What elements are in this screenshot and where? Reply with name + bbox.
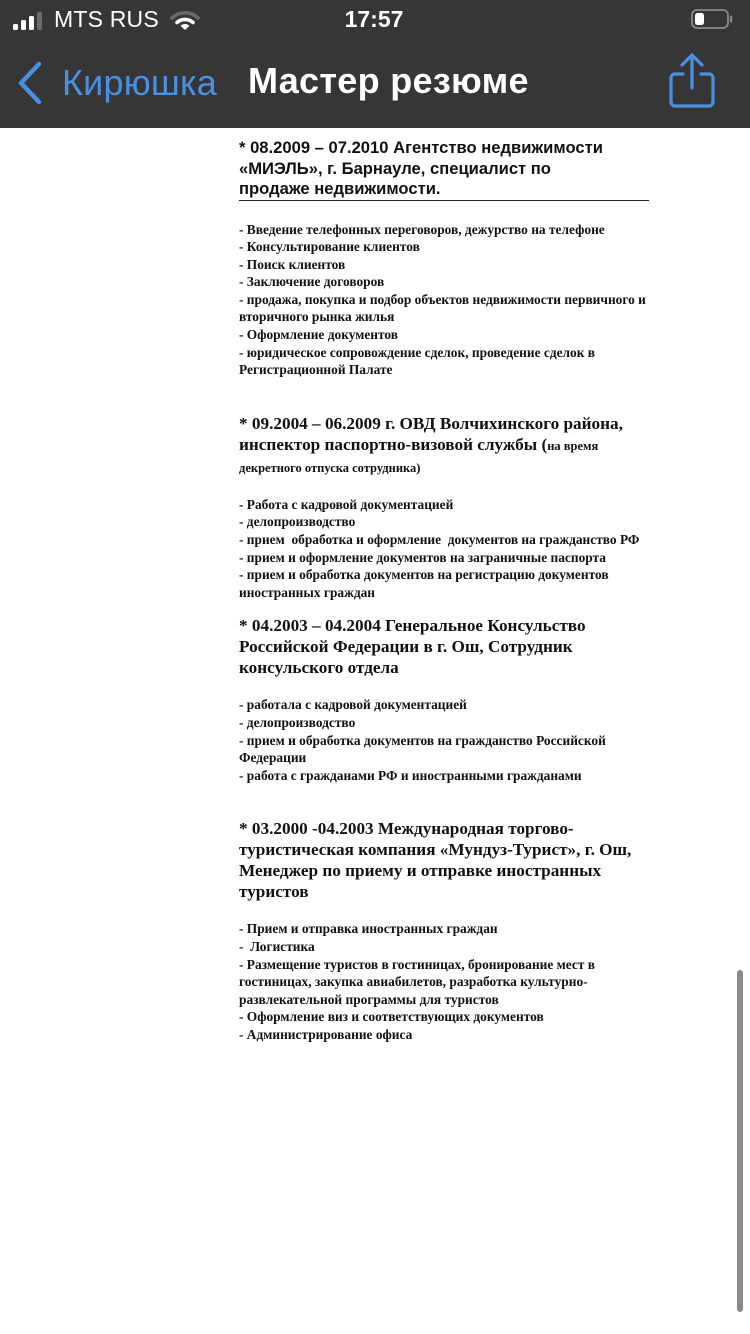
list-item: - прием обработка и оформление документо… bbox=[239, 531, 649, 549]
list-item: - прием и оформление документов на загра… bbox=[239, 549, 649, 567]
job-heading: * 08.2009 – 07.2010 Агентство недвижимос… bbox=[239, 138, 649, 201]
list-item: - Размещение туристов в гостиницах, брон… bbox=[239, 956, 649, 1009]
back-button[interactable]: Кирюшка bbox=[16, 58, 217, 108]
list-item: - работала с кадровой документацией bbox=[239, 696, 649, 714]
list-item: - юридическое сопровождение сделок, пров… bbox=[239, 344, 649, 379]
status-bar: MTS RUS 17:57 bbox=[0, 0, 750, 40]
job-entry: * 04.2003 – 04.2004 Генеральное Консульс… bbox=[239, 615, 649, 784]
list-item: - продажа, покупка и подбор объектов нед… bbox=[239, 291, 649, 326]
navigation-header: MTS RUS 17:57 Кирюшка Мастер резюме bbox=[0, 0, 750, 128]
list-item: - Логистика bbox=[239, 938, 649, 956]
list-item: - Работа с кадровой документацией bbox=[239, 496, 649, 514]
back-button-label: Кирюшка bbox=[62, 62, 217, 104]
status-time: 17:57 bbox=[345, 6, 404, 32]
job-heading-underlined: продаже недвижимости. bbox=[239, 179, 649, 201]
list-item: - Заключение договоров bbox=[239, 273, 649, 291]
duties-list: - Введение телефонных переговоров, дежур… bbox=[239, 221, 649, 379]
list-item: - Прием и отправка иностранных граждан bbox=[239, 920, 649, 938]
list-item: - Консультирование клиентов bbox=[239, 238, 649, 256]
list-item: - прием и обработка документов на регист… bbox=[239, 566, 649, 601]
duties-list: - Прием и отправка иностранных граждан -… bbox=[239, 920, 649, 1043]
job-entry: * 03.2000 -04.2003 Международная торгово… bbox=[239, 818, 649, 1043]
job-heading: * 09.2004 – 06.2009 г. ОВД Волчихинского… bbox=[239, 413, 649, 478]
scrollbar-thumb[interactable] bbox=[737, 970, 743, 1312]
job-entry: * 09.2004 – 06.2009 г. ОВД Волчихинского… bbox=[239, 413, 649, 602]
resume-document: * 08.2009 – 07.2010 Агентство недвижимос… bbox=[239, 138, 649, 1044]
duties-list: - Работа с кадровой документацией - дело… bbox=[239, 496, 649, 602]
list-item: - Поиск клиентов bbox=[239, 256, 649, 274]
list-item: - Введение телефонных переговоров, дежур… bbox=[239, 221, 649, 239]
list-item: - прием и обработка документов на гражда… bbox=[239, 732, 649, 767]
list-item: - Администрирование офиса bbox=[239, 1026, 649, 1044]
job-entry: * 08.2009 – 07.2010 Агентство недвижимос… bbox=[239, 138, 649, 379]
list-item: - делопроизводство bbox=[239, 513, 649, 531]
chevron-left-icon bbox=[16, 60, 44, 106]
vertical-scrollbar[interactable] bbox=[737, 970, 743, 1312]
share-icon[interactable] bbox=[668, 52, 716, 110]
list-item: - работа с гражданами РФ и иностранными … bbox=[239, 767, 649, 785]
list-item: - Оформление виз и соответствующих докум… bbox=[239, 1008, 649, 1026]
job-heading: * 03.2000 -04.2003 Международная торгово… bbox=[239, 818, 649, 902]
battery-icon bbox=[691, 9, 733, 29]
page-title: Мастер резюме bbox=[248, 60, 529, 102]
list-item: - Оформление документов bbox=[239, 326, 649, 344]
job-heading: * 04.2003 – 04.2004 Генеральное Консульс… bbox=[239, 615, 649, 678]
duties-list: - работала с кадровой документацией - де… bbox=[239, 696, 649, 784]
list-item: - делопроизводство bbox=[239, 714, 649, 732]
